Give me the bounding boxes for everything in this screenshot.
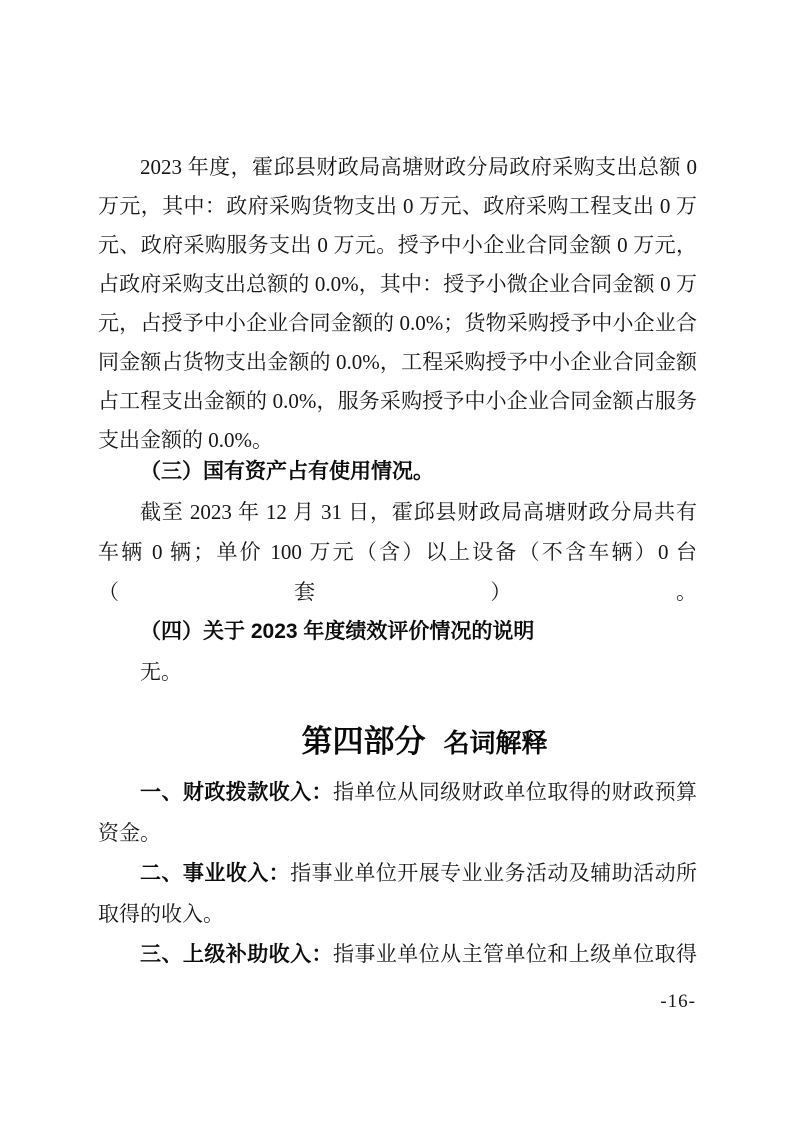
glossary-definition: 指单位从同级财政单位取得的财政预算 — [333, 780, 697, 804]
section-title-name: 名词解释 — [443, 728, 547, 758]
glossary-item: 二、事业收入：指事业单位开展专业业务活动及辅助活动所 — [98, 853, 697, 894]
document-page: 2023 年度，霍邱县财政局高塘财政分局政府采购支出总额 0 万元，其中：政府采… — [0, 0, 793, 1122]
assets-section-heading: （三）国有资产占有使用情况。 — [98, 452, 697, 492]
glossary-item: 三、上级补助收入：指事业单位从主管单位和上级单位取得 — [98, 934, 697, 975]
performance-section-heading: （四）关于 2023 年度绩效评价情况的说明 — [98, 612, 697, 652]
assets-paragraph-line: 车辆 0 辆；单价 100 万元（含）以上设备（不含车辆）0 台（套）。 — [98, 532, 697, 612]
glossary-item: 一、财政拨款收入：指单位从同级财政单位取得的财政预算 — [98, 772, 697, 813]
glossary-term: 一、财政拨款收入： — [140, 781, 333, 804]
page-number: -16- — [660, 991, 696, 1013]
glossary-continuation: 资金。 — [98, 813, 697, 853]
procurement-paragraph-line: 同金额占货物支出金额的 0.0%，工程采购授予中小企业合同金额 — [98, 343, 697, 382]
procurement-paragraph: 2023 年度，霍邱县财政局高塘财政分局政府采购支出总额 0 万元，其中：政府采… — [98, 148, 697, 460]
section-title-part: 第四部分 — [301, 724, 425, 759]
procurement-paragraph-line: 2023 年度，霍邱县财政局高塘财政分局政府采购支出总额 0 — [98, 148, 697, 187]
glossary-list: 一、财政拨款收入：指单位从同级财政单位取得的财政预算 资金。 二、事业收入：指事… — [98, 772, 697, 975]
procurement-paragraph-line: 占政府采购支出总额的 0.0%，其中：授予小微企业合同金额 0 万 — [98, 265, 697, 304]
procurement-paragraph-line: 占工程支出金额的 0.0%，服务采购授予中小企业合同金额占服务 — [98, 382, 697, 421]
glossary-definition: 指事业单位从主管单位和上级单位取得 — [333, 942, 697, 966]
procurement-paragraph-line: 万元，其中：政府采购货物支出 0 万元、政府采购工程支出 0 万 — [98, 187, 697, 226]
glossary-term: 二、事业收入： — [140, 862, 290, 885]
section-title: 第四部分名词解释 — [98, 720, 697, 770]
performance-note: 无。 — [98, 652, 697, 692]
assets-section: （三）国有资产占有使用情况。 截至 2023 年 12 月 31 日，霍邱县财政… — [98, 452, 697, 692]
glossary-continuation: 取得的收入。 — [98, 894, 697, 934]
procurement-paragraph-line: 元、政府采购服务支出 0 万元。授予中小企业合同金额 0 万元， — [98, 226, 697, 265]
glossary-term: 三、上级补助收入： — [140, 943, 333, 966]
glossary-definition: 指事业单位开展专业业务活动及辅助活动所 — [290, 861, 697, 885]
assets-paragraph-line: 截至 2023 年 12 月 31 日，霍邱县财政局高塘财政分局共有 — [98, 492, 697, 532]
procurement-paragraph-line: 元，占授予中小企业合同金额的 0.0%；货物采购授予中小企业合 — [98, 304, 697, 343]
